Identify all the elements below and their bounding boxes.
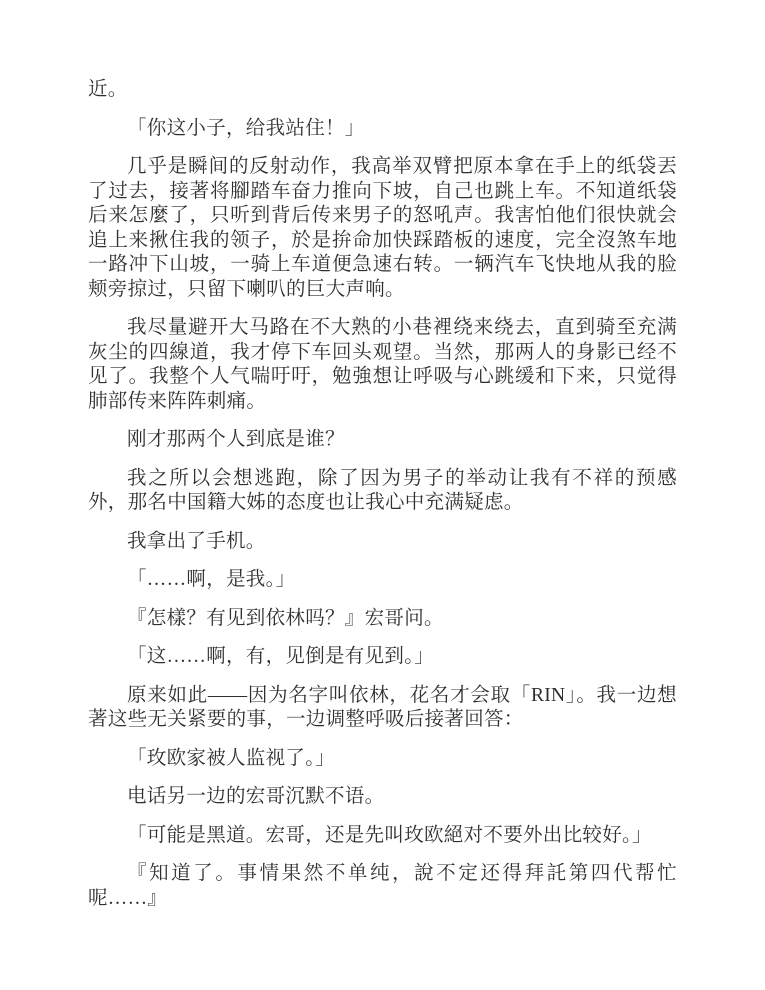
dialogue-line: 「玫欧家被人监视了。」 — [88, 747, 677, 772]
dialogue-line: 「……啊，是我。」 — [88, 568, 677, 593]
paragraph: 几乎是瞬间的反射动作，我高举双臂把原本拿在手上的纸袋丟了过去，接著将腳踏车奋力推… — [88, 155, 677, 302]
dialogue-line: 『怎樣？有见到依林吗？』宏哥问。 — [88, 607, 677, 632]
novel-page: 近。 「你这小子，给我站住！」 几乎是瞬间的反射动作，我高举双臂把原本拿在手上的… — [0, 0, 765, 990]
paragraph: 我之所以会想逃跑，除了因为男子的举动让我有不祥的预感外，那名中国籍大姊的态度也让… — [88, 467, 677, 516]
dialogue-line: 「这……啊，有，见倒是有见到。」 — [88, 645, 677, 670]
dialogue-line: 「你这小子，给我站住！」 — [88, 117, 677, 142]
dialogue-line: 『知道了。事情果然不单纯，說不定还得拜託第四代帮忙呢……』 — [88, 862, 677, 911]
paragraph: 电话另一边的宏哥沉默不语。 — [88, 785, 677, 810]
paragraph: 我拿出了手机。 — [88, 530, 677, 555]
paragraph: 刚才那两个人到底是谁？ — [88, 428, 677, 453]
paragraph: 原来如此——因为名字叫依林，花名才会取「RIN」。我一边想著这些无关紧要的事，一… — [88, 684, 677, 733]
paragraph: 近。 — [88, 78, 677, 103]
dialogue-line: 「可能是黑道。宏哥，还是先叫玫欧絕对不要外出比较好。」 — [88, 824, 677, 849]
paragraph: 我尽量避开大马路在不大熟的小巷裡绕来绕去，直到骑至充满灰尘的四線道，我才停下车回… — [88, 316, 677, 414]
